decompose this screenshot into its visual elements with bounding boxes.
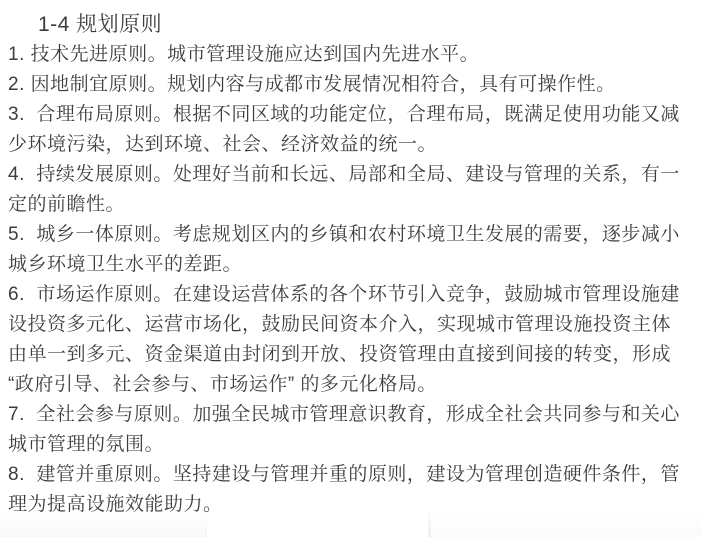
text-line-item-6-cont-2: 由单一到多元、资金渠道由封闭到开放、投资管理由直接到间接的转变，形成 (8, 340, 696, 370)
text-line-item-7-cont: 城市管理的氛围。 (8, 430, 696, 460)
text-line-item-6: 6. 市场运作原则。在建设运营体系的各个环节引入竞争，鼓励城市管理设施建 (8, 280, 696, 310)
text-line-item-3-cont: 少环境污染，达到环境、社会、经济效益的统一。 (8, 130, 696, 160)
text-line-item-8-cont: 理为提高设施效能助力。 (8, 490, 696, 520)
text-line-item-1: 1. 技术先进原则。城市管理设施应达到国内先进水平。 (8, 40, 696, 70)
text-line-item-4-cont: 定的前瞻性。 (8, 190, 696, 220)
text-line-item-2: 2. 因地制宜原则。规划内容与成都市发展情况相符合，具有可操作性。 (8, 70, 696, 100)
section-heading: 1-4 规划原则 (8, 10, 696, 40)
document-page: 1-4 规划原则 1. 技术先进原则。城市管理设施应达到国内先进水平。 2. 因… (0, 0, 702, 537)
text-line-item-4: 4. 持续发展原则。处理好当前和长远、局部和全局、建设与管理的关系，有一 (8, 160, 696, 190)
text-line-item-6-cont-3: “政府引导、社会参与、市场运作” 的多元化格局。 (8, 370, 696, 400)
text-line-item-3: 3. 合理布局原则。根据不同区域的功能定位，合理布局，既满足使用功能又减 (8, 100, 696, 130)
text-line-item-6-cont-1: 设投资多元化、运营市场化，鼓励民间资本介入，实现城市管理设施投资主体 (8, 310, 696, 340)
text-line-item-5-cont: 城乡环境卫生水平的差距。 (8, 250, 696, 280)
text-line-item-5: 5. 城乡一体原则。考虑规划区内的乡镇和农村环境卫生发展的需要，逐步减小 (8, 220, 696, 250)
text-line-item-7: 7. 全社会参与原则。加强全民城市管理意识教育，形成全社会共同参与和关心 (8, 400, 696, 430)
text-line-item-8: 8. 建管并重原则。坚持建设与管理并重的原则，建设为管理创造硬件条件，管 (8, 460, 696, 490)
